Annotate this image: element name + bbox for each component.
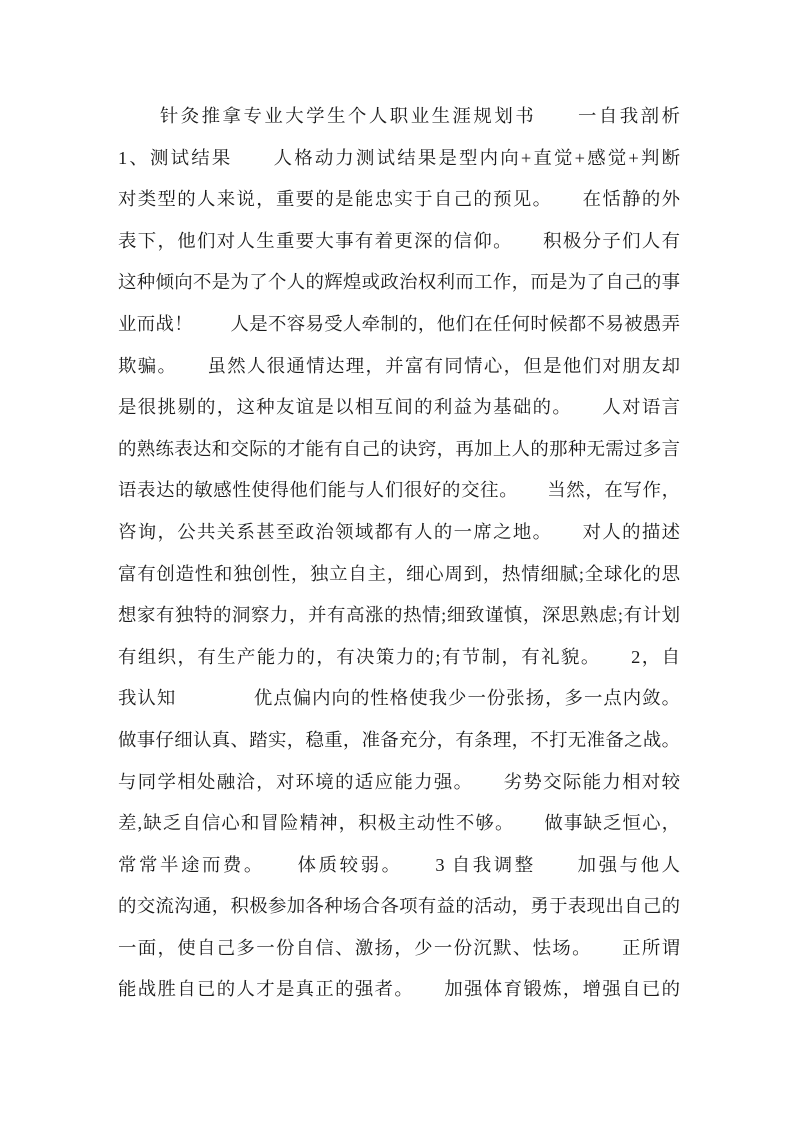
text-line: 富有创造性和独创性，独立自主，细心周到，热情细腻;全球化的思 <box>118 554 680 596</box>
text-line: 欺骗。 虽然人很通情达理，并富有同情心，但是他们对朋友却 <box>118 346 680 388</box>
text-line: 的交流沟通，积极参加各种场合各项有益的活动，勇于表现出自己的 <box>118 886 680 928</box>
text-line: 一面，使自己多一份自信、激扬，少一份沉默、怯场。 正所谓 <box>118 928 680 970</box>
text-line: 做事仔细认真、踏实，稳重，准备充分，有条理，不打无准备之战。 <box>118 720 680 762</box>
text-line: 差,缺乏自信心和冒险精神，积极主动性不够。 做事缺乏恒心， <box>118 803 680 845</box>
text-line: 是很挑剔的，这种友谊是以相互间的利益为基础的。 人对语言 <box>118 387 680 429</box>
document-body: 针灸推拿专业大学生个人职业生涯规划书 一自我剖析 1、测试结果 人格动力测试结果… <box>118 96 680 1011</box>
text-line: 1、测试结果 人格动力测试结果是型内向+直觉+感觉+判断 <box>118 138 680 180</box>
document-title-line: 针灸推拿专业大学生个人职业生涯规划书 一自我剖析 <box>118 96 680 138</box>
text-line: 咨询，公共关系甚至政治领域都有人的一席之地。 对人的描述 <box>118 512 680 554</box>
text-line: 表下，他们对人生重要大事有着更深的信仰。 积极分子们人有 <box>118 221 680 263</box>
text-line: 语表达的敏感性使得他们能与人们很好的交往。 当然，在写作， <box>118 470 680 512</box>
text-line: 与同学相处融洽，对环境的适应能力强。 劣势交际能力相对较 <box>118 762 680 804</box>
text-line: 这种倾向不是为了个人的辉煌或政治权利而工作，而是为了自己的事 <box>118 262 680 304</box>
text-line: 常常半途而费。 体质较弱。 3 自我调整 加强与他人 <box>118 845 680 887</box>
text-line: 想家有独特的洞察力，并有高涨的热情;细致谨慎，深思熟虑;有计划 <box>118 595 680 637</box>
text-line: 的熟练表达和交际的才能有自己的诀窍，再加上人的那种无需过多言 <box>118 429 680 471</box>
text-line: 能战胜自已的人才是真正的强者。 加强体育锻炼，增强自已的 <box>118 969 680 1011</box>
document-page: 针灸推拿专业大学生个人职业生涯规划书 一自我剖析 1、测试结果 人格动力测试结果… <box>0 0 793 1122</box>
text-line: 对类型的人来说，重要的是能忠实于自己的预见。 在恬静的外 <box>118 179 680 221</box>
text-line: 我认知 优点偏内向的性格使我少一份张扬，多一点内敛。 <box>118 678 680 720</box>
text-line: 业而战！ 人是不容易受人牵制的，他们在任何时候都不易被愚弄 <box>118 304 680 346</box>
text-line: 有组织，有生产能力的，有决策力的;有节制，有礼貌。 2，自 <box>118 637 680 679</box>
